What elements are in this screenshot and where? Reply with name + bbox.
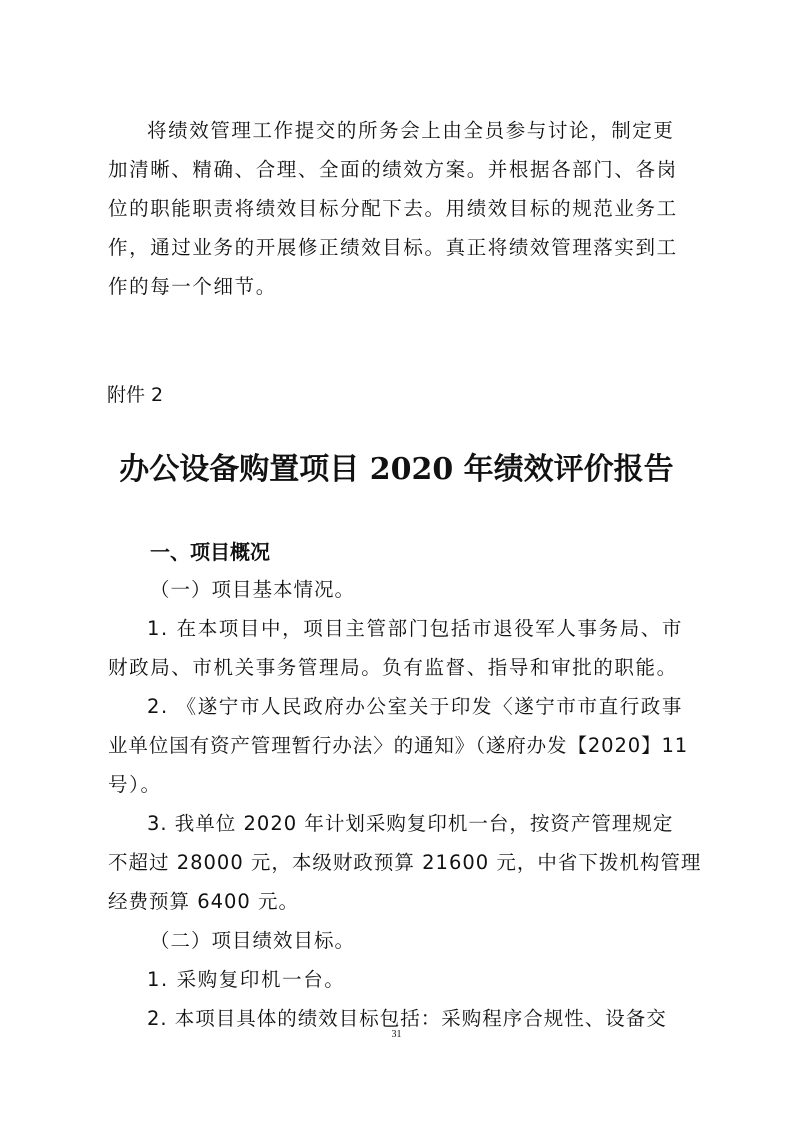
text-line: 业单位国有资产管理暂行办法〉的通知》（遂府办发【2020】11 [108,734,688,758]
text-line: 2. 《遂宁市人民政府办公室关于印发〈遂宁市市直行政事 [147,695,683,719]
text-line: 财政局、市机关事务管理局。负有监督、指导和审批的职能。 [108,656,678,680]
attachment-label: 附件 2 [107,383,163,407]
list-item: 1. 采购复印机一台。 [147,968,345,992]
report-title: 办公设备购置项目 2020 年绩效评价报告 [0,450,793,490]
text-line: 作，通过业务的开展修正绩效目标。真正将绩效管理落实到工 [108,236,678,260]
subsection-heading: （二）项目绩效目标。 [150,929,355,953]
text-line: 经费预算 6400 元。 [108,890,299,914]
text-line: 1. 在本项目中，项目主管部门包括市退役军人事务局、市 [147,617,683,641]
text-line: 将绩效管理工作提交的所务会上由全员参与讨论，制定更 [147,119,675,143]
text-line: 号）。 [108,773,162,797]
text-line: 作的每一个细节。 [108,275,277,299]
text-line: 3. 我单位 2020 年计划采购复印机一台，按资产管理规定 [147,812,673,836]
subsection-heading: （一）项目基本情况。 [150,578,355,602]
text-line: 不超过 28000 元，本级财政预算 21600 元，中省下拨机构管理 [108,851,701,875]
text-line: 加清晰、精确、合理、全面的绩效方案。并根据各部门、各岗 [108,158,678,182]
section-heading: 一、项目概况 [150,540,270,564]
page-number: 31 [0,1029,793,1041]
document-page: 将绩效管理工作提交的所务会上由全员参与讨论，制定更 加清晰、精确、合理、全面的绩… [0,0,793,1122]
list-item: 2. 本项目具体的绩效目标包括：采购程序合规性、设备交 [147,1007,667,1031]
text-line: 位的职能职责将绩效目标分配下去。用绩效目标的规范业务工 [108,197,678,221]
